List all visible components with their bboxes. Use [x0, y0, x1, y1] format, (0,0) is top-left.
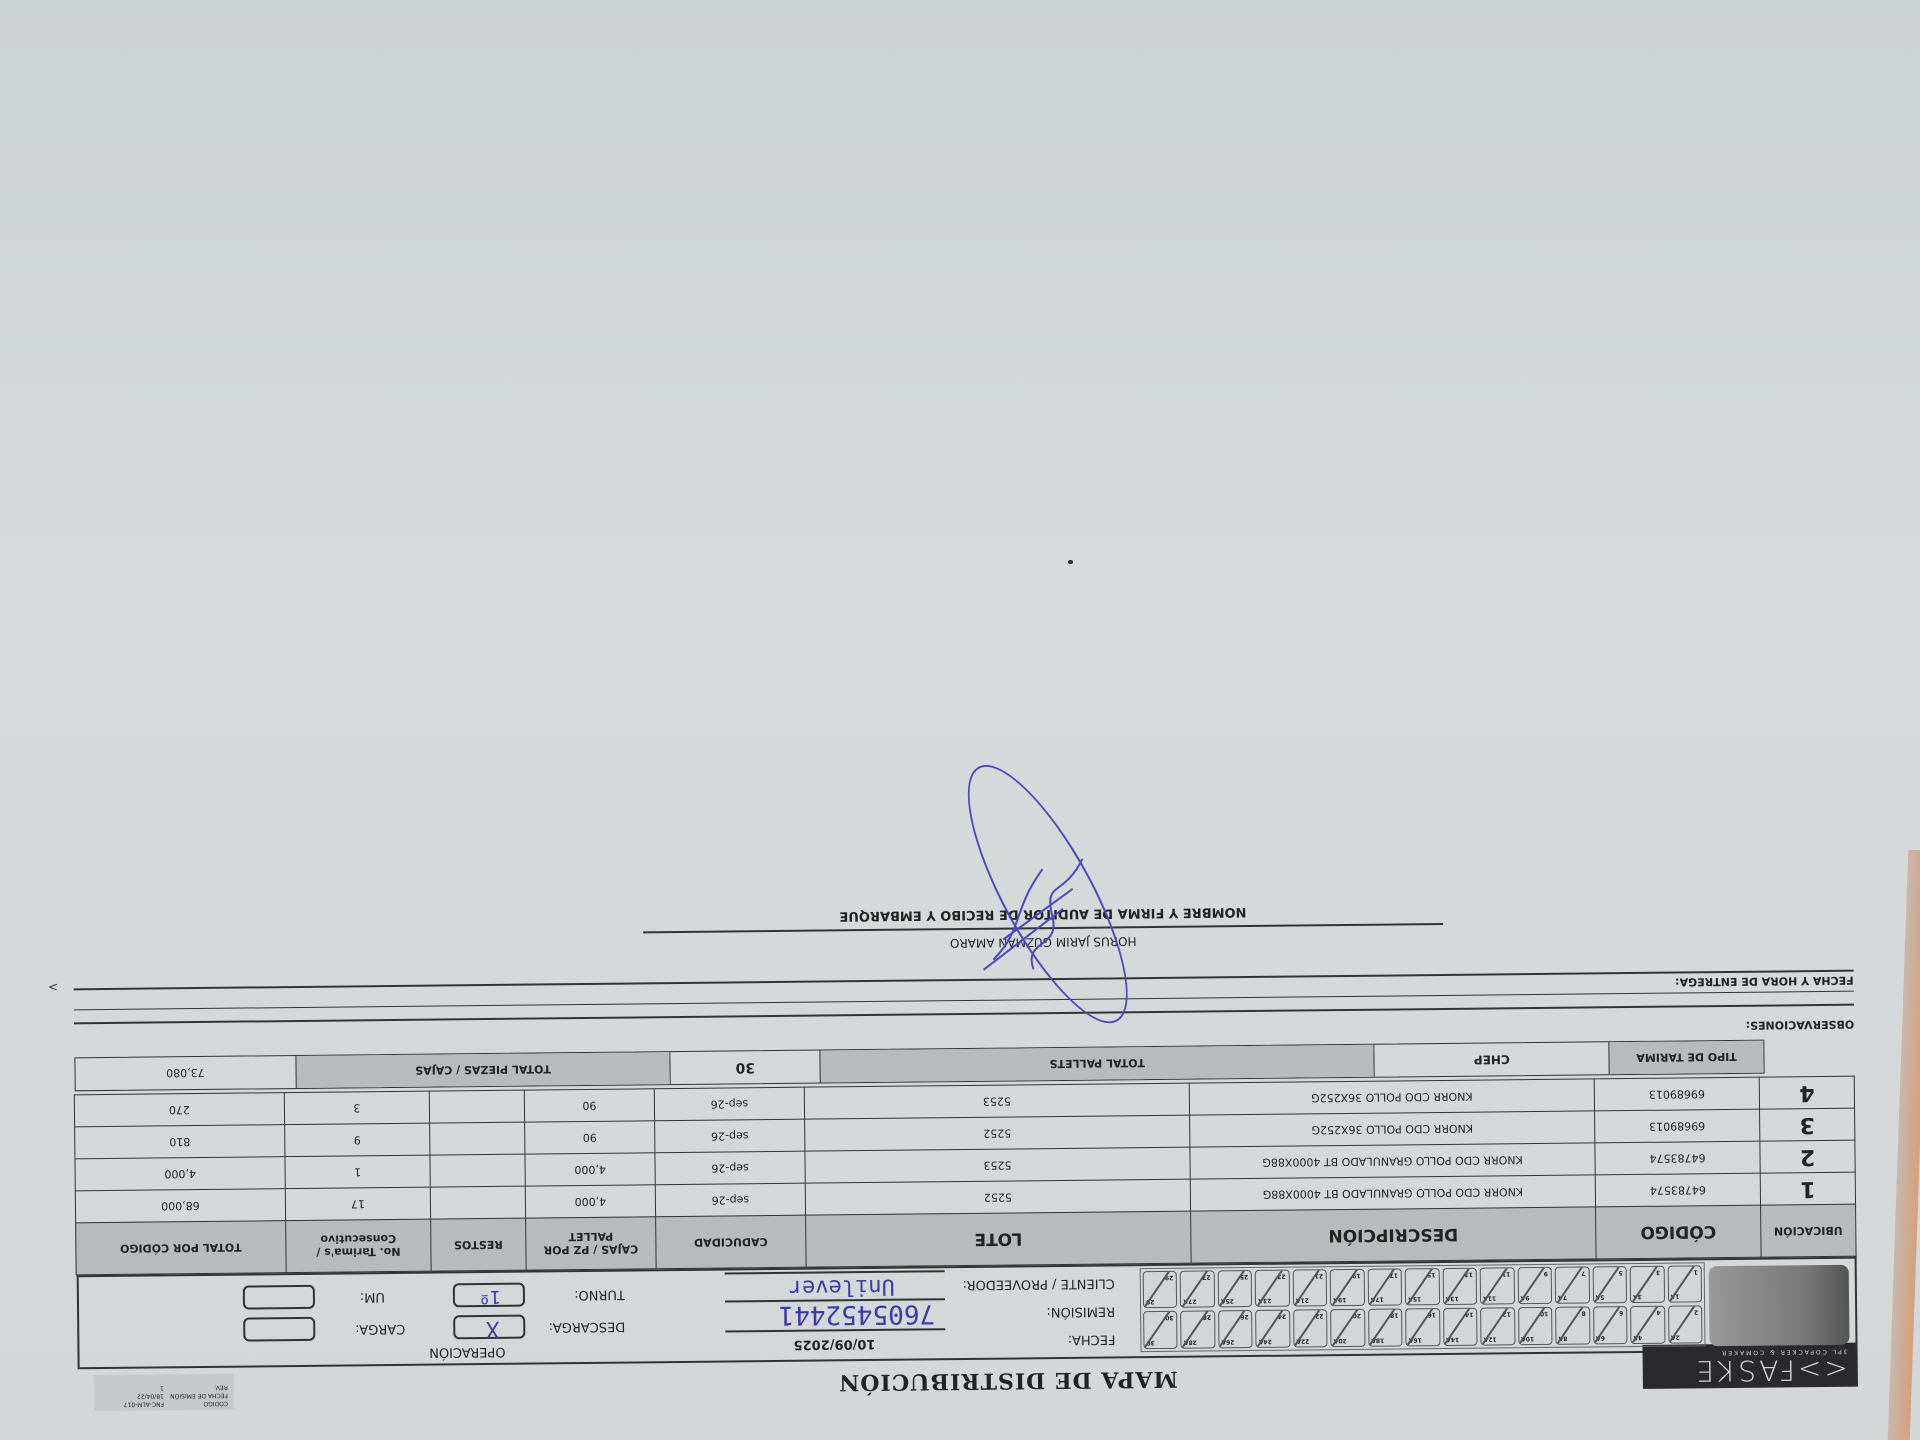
table-cell: 9	[285, 1123, 430, 1157]
pallet-slot: 25A25	[1218, 1270, 1253, 1308]
fecha-value: 10/09/2025	[794, 1336, 876, 1352]
pallet-slot: 16A16	[1405, 1309, 1440, 1347]
pallet-slot: 21A21	[1293, 1269, 1328, 1307]
total-pallets-value: 30	[670, 1051, 820, 1085]
um-label: UM:	[360, 1289, 385, 1304]
pallet-position-grid: 2A24A46A68A810A1012A1214A1416A1618A1820A…	[1140, 1262, 1706, 1352]
table-cell: 5253	[805, 1147, 1190, 1183]
pallet-slot: 19A19	[1330, 1269, 1365, 1307]
header-ubicacion: UBICACIÓN	[1761, 1204, 1857, 1257]
control-code-box: CÓDIGO FECHA DE EMISIÓN REV. FNC-ALM-017…	[94, 1374, 234, 1411]
pallet-slot: 26A26	[1218, 1311, 1253, 1349]
cliente-value: Unilever	[789, 1274, 895, 1300]
pallet-slot: 8A8	[1555, 1307, 1590, 1345]
table-cell	[430, 1122, 525, 1155]
pallet-slot: 7A7	[1555, 1266, 1590, 1304]
items-table: UBICACIÓN CÓDIGO DESCRIPCIÓN LOTE CADUCI…	[74, 1076, 1857, 1276]
code-label: CÓDIGO	[164, 1399, 228, 1408]
header-descripcion: DESCRIPCIÓN	[1191, 1207, 1597, 1263]
table-cell: 90	[524, 1089, 654, 1122]
pallet-slot: 3030	[1143, 1311, 1178, 1349]
table-cell: 64783574	[1595, 1173, 1760, 1207]
table-cell: sep-26	[654, 1087, 804, 1121]
table-cell: sep-26	[655, 1151, 805, 1185]
cliente-label: CLIENTE / PROVEEDOR:	[962, 1275, 1114, 1292]
total-piezas-value: 73,080	[75, 1056, 295, 1090]
truck-trailer-icon	[1709, 1265, 1850, 1346]
header-cajas-por-pallet: CAJAS / PZ POR PALLET	[526, 1217, 657, 1270]
pallet-slot: 6A6	[1593, 1307, 1628, 1345]
pallet-slot: 14A14	[1443, 1308, 1478, 1346]
total-pallets-label: TOTAL PALLETS	[819, 1045, 1374, 1083]
tipo-tarima-value: CHEP	[1374, 1042, 1609, 1076]
table-cell: 68,000	[75, 1189, 285, 1223]
pallet-slot: 27A27	[1180, 1270, 1215, 1308]
pallet-slot: 13A13	[1442, 1268, 1477, 1306]
table-cell: KNORR CDO POLLO GRANULADO BT 4000X88G	[1190, 1175, 1595, 1211]
um-box[interactable]	[243, 1285, 315, 1310]
table-cell: sep-26	[655, 1183, 805, 1217]
table-cell: 1	[285, 1155, 430, 1189]
carga-checkbox[interactable]	[243, 1317, 315, 1342]
table-surface-edge	[1888, 850, 1920, 1440]
remision-label: REMISIÓN:	[1046, 1303, 1115, 1319]
operacion-label: OPERACIÓN	[429, 1344, 505, 1360]
table-cell: 69689013	[1595, 1109, 1760, 1143]
distribution-map-form: <>FASKE 3PL COPACKER & COMAKER MAPA DE D…	[52, 790, 1878, 1429]
table-cell: 5252	[805, 1115, 1190, 1151]
table-cell: 90	[525, 1121, 655, 1154]
table-cell: KNORR CDO POLLO 36X252G	[1189, 1079, 1594, 1115]
table-cell: KNORR CDO POLLO GRANULADO BT 4000X88G	[1190, 1143, 1595, 1179]
table-cell: sep-26	[655, 1119, 805, 1153]
ink-speck	[1068, 560, 1073, 564]
pallet-slot: 18A18	[1368, 1309, 1403, 1347]
header-fields: FECHA: 10/09/2025 REMISIÓN: 7605452441 C…	[75, 1264, 1126, 1367]
turno-value: 1º	[479, 1286, 501, 1307]
table-cell: 3	[284, 1091, 429, 1125]
pallet-slot: 1A1	[1667, 1265, 1702, 1303]
total-piezas-label: TOTAL PIEZAS / CAJAS	[295, 1052, 670, 1088]
pallet-slot: 3A3	[1630, 1266, 1665, 1304]
table-cell	[429, 1090, 524, 1123]
tipo-tarima-label: TIPO DE TARIMA	[1609, 1041, 1764, 1075]
table-cell: 5253	[804, 1083, 1189, 1119]
header-no-tarimas: No. Tarima's / Consecutivo	[286, 1219, 432, 1273]
pallet-slot: 4A4	[1630, 1306, 1665, 1344]
table-cell: 17	[285, 1187, 430, 1221]
fecha-label: FECHA:	[1068, 1331, 1116, 1346]
issue-date-label: FECHA DE EMISIÓN	[164, 1391, 228, 1400]
header-caducidad: CADUCIDAD	[656, 1215, 807, 1269]
table-cell: 64783574	[1595, 1141, 1760, 1175]
table-cell: 4,000	[525, 1185, 655, 1218]
descarga-mark: X	[486, 1316, 500, 1341]
table-cell: 1	[1760, 1172, 1855, 1205]
table-cell: 810	[75, 1125, 285, 1159]
table-cell	[430, 1186, 525, 1219]
header-restos: RESTOS	[431, 1218, 527, 1271]
table-cell: 5252	[805, 1179, 1190, 1215]
table-cell: 4,000	[75, 1157, 285, 1191]
descarga-checkbox[interactable]: X	[453, 1315, 525, 1340]
descarga-label: DESCARGA:	[549, 1319, 626, 1335]
pallet-slot: 9A9	[1517, 1267, 1552, 1305]
pallet-slot: 17A17	[1367, 1268, 1402, 1306]
turno-box[interactable]: 1º	[453, 1283, 525, 1308]
header-total-por-codigo: TOTAL POR CÓDIGO	[76, 1221, 287, 1275]
header-area: 2A24A46A68A810A1012A1214A1416A1618A1820A…	[77, 1257, 1858, 1368]
table-cell	[430, 1154, 525, 1187]
pallet-slot: 23A23	[1255, 1270, 1290, 1308]
pallet-slot: 10A10	[1518, 1307, 1553, 1345]
pallet-slot: 2929	[1143, 1271, 1178, 1309]
signature-scribble-icon	[962, 839, 1104, 1000]
pallet-slot: 22A22	[1293, 1310, 1328, 1348]
table-cell: 69689013	[1594, 1077, 1759, 1111]
header-lote: LOTE	[806, 1211, 1192, 1267]
table-cell: 4,000	[525, 1153, 655, 1186]
table-cell: 270	[74, 1093, 284, 1127]
carga-label: CARGA:	[355, 1321, 405, 1337]
pallet-slot: 12A12	[1480, 1308, 1515, 1346]
table-cell: 3	[1760, 1108, 1855, 1141]
pallet-slot: 20A20	[1330, 1309, 1365, 1347]
table-cell: KNORR CDO POLLO 36X252G	[1190, 1111, 1595, 1147]
logo-brand: <>FASKE	[1653, 1355, 1848, 1385]
table-cell: 2	[1760, 1140, 1855, 1173]
pallet-slot: 11A11	[1480, 1267, 1515, 1305]
pallet-slot: 15A15	[1405, 1268, 1440, 1306]
code-value: FNC-ALM-017	[100, 1399, 164, 1408]
remision-value: 7605452441	[778, 1298, 935, 1330]
table-cell: 4	[1759, 1076, 1854, 1109]
header-codigo: CÓDIGO	[1596, 1205, 1762, 1259]
pallet-slot: 28A28	[1181, 1311, 1216, 1349]
turno-label: TURNO:	[574, 1287, 625, 1303]
pallet-slot: 2A2	[1668, 1306, 1703, 1344]
pallet-slot: 5A5	[1592, 1266, 1627, 1304]
document-title: MAPA DE DISTRIBUCIÓN	[838, 1366, 1178, 1396]
pallet-slot: 24A24	[1256, 1310, 1291, 1348]
